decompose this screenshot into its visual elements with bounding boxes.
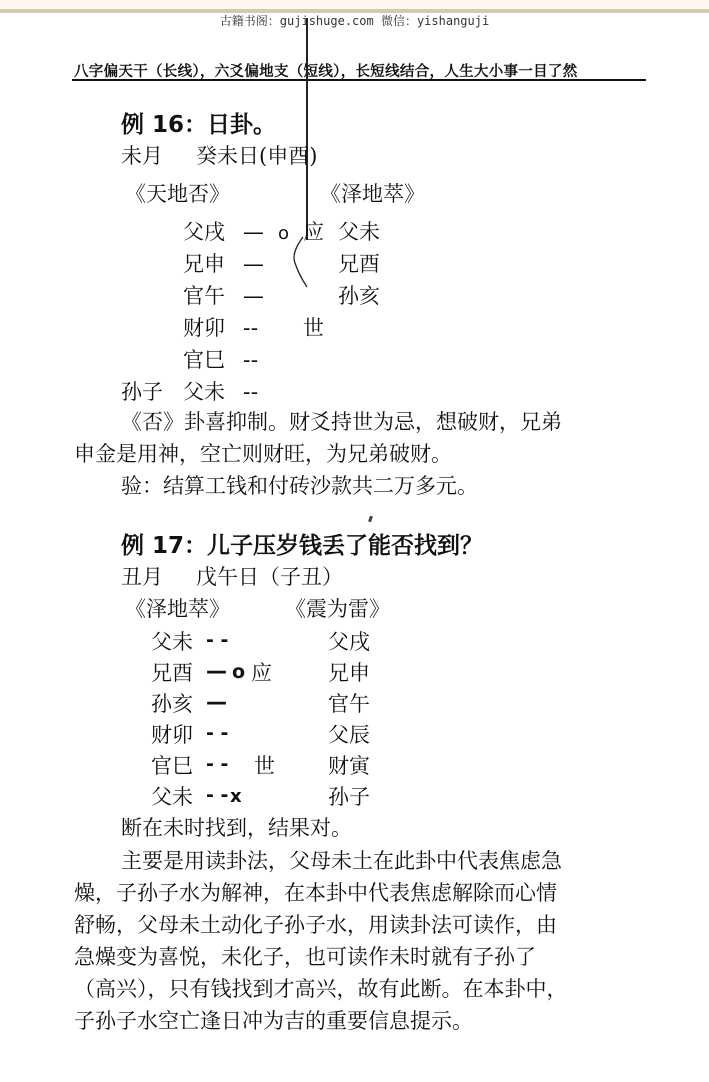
relative: 父戌 [183, 222, 225, 243]
example-16-verification: 验：结算工钱和付砖沙款共二万多元。 [121, 476, 478, 497]
example-16-changed-hexagram: 《泽地萃》 [320, 184, 425, 205]
example-17-month: 丑月 [121, 567, 163, 588]
example-16-month: 未月 [121, 146, 163, 167]
explanation-line-3: 舒畅，父母未土动化子孙子水，用读卦法可读作，由 [74, 915, 557, 936]
yin-line-symbol: - - [206, 755, 228, 774]
example-17-changed-hexagram: 《震为雷》 [285, 599, 390, 620]
relative: 官巳 [183, 350, 225, 371]
relative: 财卯 [151, 725, 193, 746]
yin-line-symbol: - - [206, 631, 228, 650]
ying-marker: 应 [251, 663, 272, 684]
shi-marker: 世 [254, 756, 275, 777]
moving-line-mark: o [232, 663, 245, 682]
changed-relative: 父戌 [328, 632, 370, 653]
explanation-line-4: 急燥变为喜悦，未化子，也可读作未时就有子孙了 [74, 947, 536, 968]
ying-marker: 应 [303, 222, 324, 243]
example-17-title: 例 17：儿子压岁钱丢了能否找到？ [121, 535, 483, 558]
changed-relative: 父未 [338, 222, 380, 243]
yin-line-symbol: -- [243, 318, 258, 339]
yang-line-symbol: — [206, 661, 227, 682]
yin-line-symbol: - - [206, 786, 228, 805]
explanation-line-2: 燥，子孙子水为解神，在本卦中代表焦虑解除而心情 [74, 883, 557, 904]
changed-relative: 孙子 [328, 787, 370, 808]
moving-line-mark: o [278, 225, 289, 243]
shi-marker: 世 [303, 318, 324, 339]
relative: 财卯 [183, 318, 225, 339]
changed-relative: 官午 [328, 694, 370, 715]
example-17-day: 戊午日（子丑） [196, 567, 343, 588]
example-16-day: 癸未日(申酉) [196, 146, 317, 167]
explanation-line-5: （高兴），只有钱找到才高兴，故有此断。在本卦中， [74, 979, 568, 1000]
page-top-margin [0, 0, 709, 9]
yang-line-symbol: — [243, 286, 264, 307]
yang-line-symbol: — [243, 222, 264, 243]
relative: 父未 [151, 787, 193, 808]
yin-line-symbol: - - [206, 724, 228, 743]
changed-relative: 兄申 [328, 663, 370, 684]
scan-artifact-curve [285, 235, 315, 295]
running-head: 八字偏天干（长线），六爻偏地支（短线），长短线结合，人生大小事一目了然 [74, 60, 578, 81]
example-16-analysis-1: 《否》卦喜抑制。财爻持世为忌，想破财，兄弟 [121, 412, 562, 433]
relative: 父未 [151, 632, 193, 653]
relative: 兄申 [183, 254, 225, 275]
header-rule [72, 79, 646, 81]
example-16-main-hexagram: 《天地否》 [125, 184, 230, 205]
relative: 官巳 [151, 756, 193, 777]
relative: 父未 [183, 382, 225, 403]
example-17-judgement: 断在未时找到，结果对。 [121, 818, 352, 839]
hidden-relative: 孙子 [121, 382, 163, 403]
relative: 孙亥 [151, 694, 193, 715]
yang-line-symbol: — [206, 692, 227, 713]
yang-line-symbol: — [243, 254, 264, 275]
example-16-analysis-2: 申金是用神，空亡则财旺，为兄弟破财。 [74, 444, 452, 465]
yin-line-symbol: -- [243, 382, 258, 403]
example-17-main-hexagram: 《泽地萃》 [125, 599, 230, 620]
changed-relative: 孙亥 [338, 286, 380, 307]
yin-line-symbol: -- [243, 350, 258, 371]
changed-relative: 兄酉 [338, 254, 380, 275]
scan-speck [368, 516, 373, 523]
changed-relative: 财寅 [328, 756, 370, 777]
relative: 官午 [183, 286, 225, 307]
scan-artifact-line [306, 18, 308, 240]
relative: 兄酉 [151, 663, 193, 684]
explanation-line-1: 主要是用读卦法，父母未土在此卦中代表焦虑急 [121, 851, 562, 872]
explanation-line-6: 子孙子水空亡逢日冲为吉的重要信息提示。 [74, 1011, 473, 1032]
changed-relative: 父辰 [328, 725, 370, 746]
example-16-title: 例 16：日卦。 [121, 114, 276, 137]
moving-line-mark: x [230, 788, 242, 806]
watermark: 古籍书阁：gujishuge.com 微信：yishanguji [0, 12, 709, 29]
